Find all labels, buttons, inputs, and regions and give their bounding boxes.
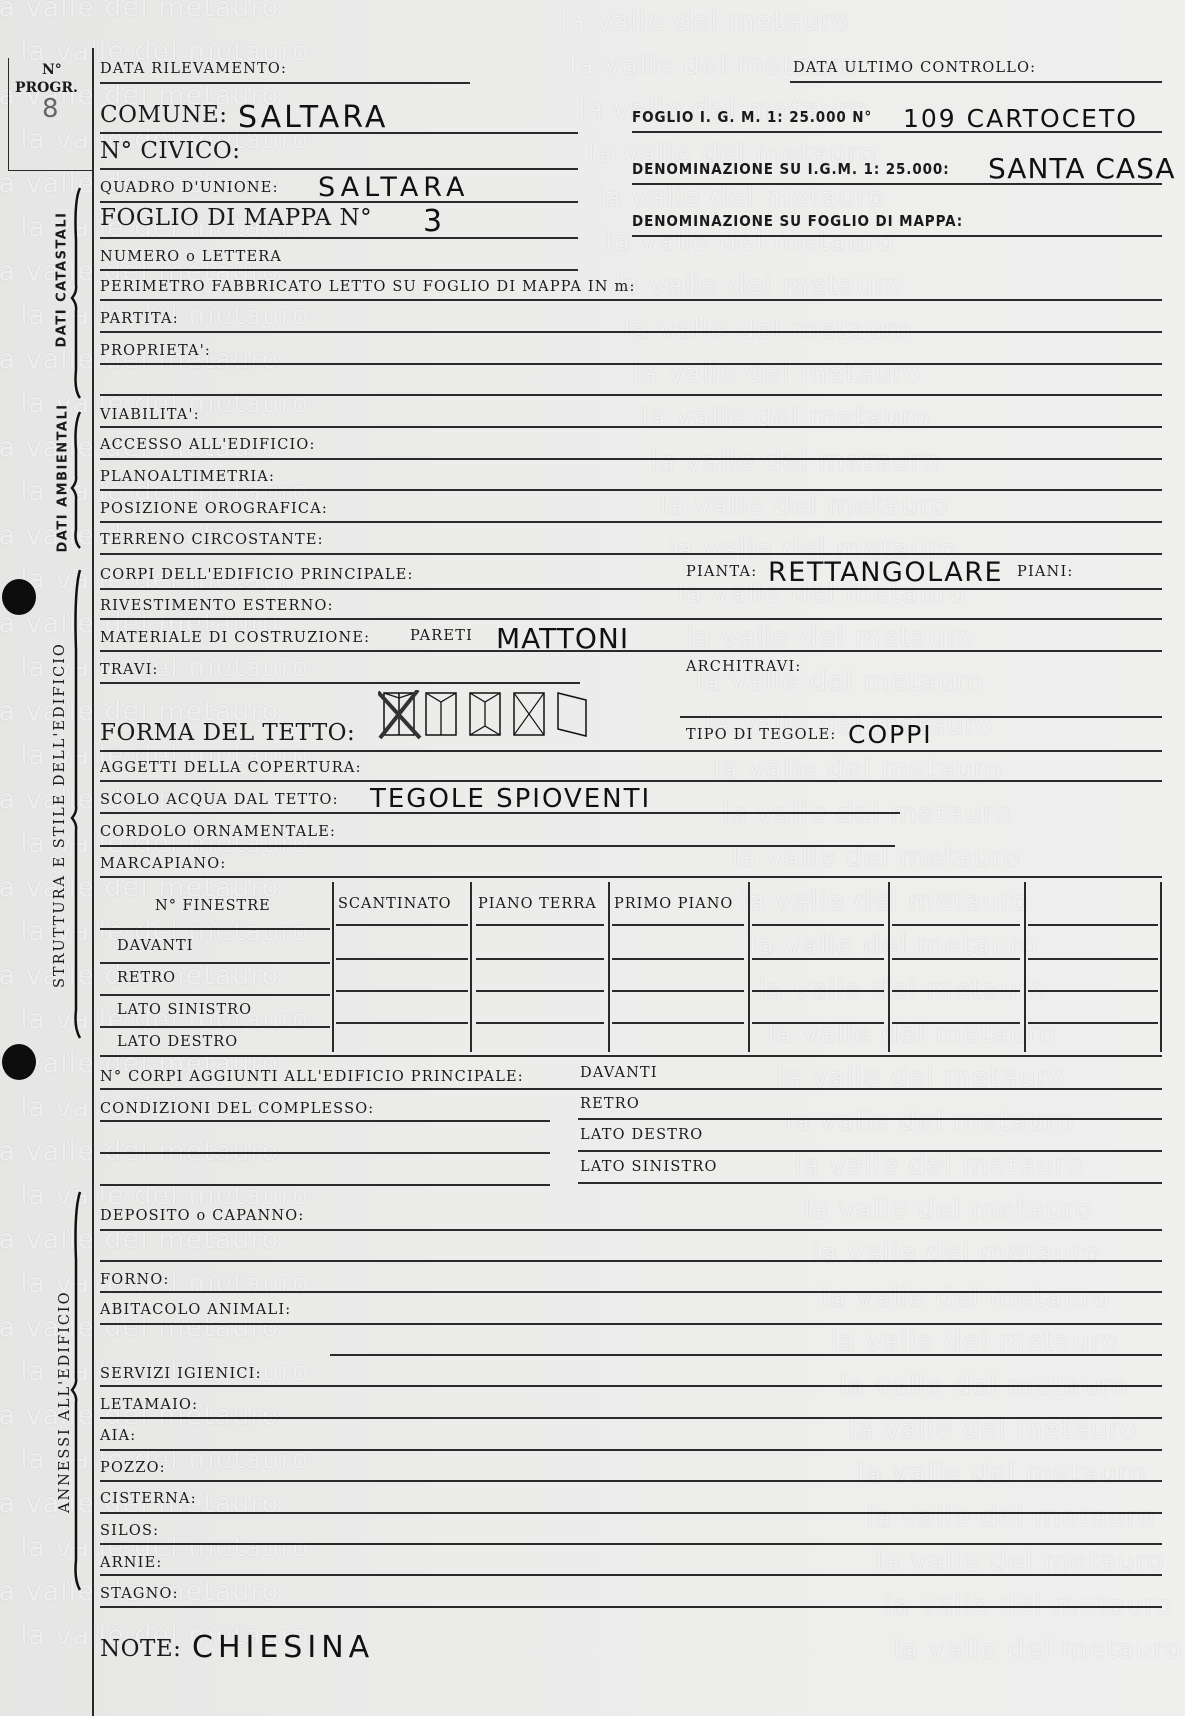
- civico-label: N° CIVICO:: [100, 138, 241, 164]
- cisterna-label: CISTERNA:: [100, 1491, 197, 1507]
- corpi-aggiunti-field[interactable]: [100, 1088, 1162, 1090]
- condizioni-field-2[interactable]: [100, 1152, 550, 1154]
- note-label: NOTE:: [100, 1636, 181, 1662]
- condizioni-field[interactable]: [100, 1120, 550, 1122]
- watermark: la valle del metauro: [893, 1634, 1182, 1665]
- watermark: la valle del metauro: [659, 490, 948, 521]
- perimetro-field[interactable]: [100, 299, 1162, 301]
- table-cell[interactable]: [612, 958, 744, 960]
- scolo-value[interactable]: TEGOLE SPIOVENTI: [370, 784, 651, 814]
- table-cell[interactable]: [1028, 1022, 1158, 1024]
- foglio-mappa-field: [100, 237, 578, 239]
- forma-tetto-field: [100, 750, 1162, 752]
- numero-lettera-label: NUMERO o LETTERA: [100, 249, 282, 265]
- table-row-label: LATO DESTRO: [117, 1034, 238, 1050]
- table-cell[interactable]: [892, 1022, 1020, 1024]
- section-label-catastali: DATI CATASTALI: [55, 228, 70, 348]
- denom-mappa-field[interactable]: [632, 235, 1162, 237]
- corpi-field[interactable]: [100, 588, 1162, 590]
- table-cell[interactable]: [612, 1022, 744, 1024]
- aggetti-label: AGGETTI DELLA COPERTURA:: [100, 760, 362, 776]
- data-ultimo-controllo-label: DATA ULTIMO CONTROLLO:: [793, 60, 1036, 76]
- table-cell[interactable]: [752, 1022, 884, 1024]
- section-label-annessi: ANNESSI ALL'EDIFICIO: [57, 1293, 73, 1513]
- posizione-label: POSIZIONE OROGRAFICA:: [100, 501, 328, 517]
- foglio-mappa-label: FOGLIO DI MAPPA N°: [100, 205, 372, 231]
- table-cell[interactable]: [612, 924, 744, 926]
- deposito-field-2[interactable]: [100, 1260, 1162, 1262]
- tipo-tegole-value[interactable]: COPPI: [848, 720, 933, 749]
- servizi-field[interactable]: [100, 1385, 1162, 1387]
- watermark: la valle del metauro: [650, 446, 939, 477]
- watermark: la valle del metauro: [605, 226, 894, 257]
- letamaio-field[interactable]: [100, 1417, 1162, 1419]
- forno-field[interactable]: [100, 1291, 1162, 1293]
- corpi-aggiunti-label: N° CORPI AGGIUNTI ALL'EDIFICIO PRINCIPAL…: [100, 1069, 524, 1085]
- progr-value[interactable]: 8: [42, 94, 59, 124]
- comune-value[interactable]: SALTARA: [238, 100, 388, 135]
- quadro-field: [100, 201, 578, 203]
- table-row-rule: [100, 928, 330, 930]
- materiale-field: [100, 650, 1162, 652]
- data-rilevamento-label: DATA RILEVAMENTO:: [100, 61, 287, 77]
- table-column-divider: [888, 882, 890, 1052]
- punch-hole-top: [2, 579, 36, 615]
- table-cell[interactable]: [476, 990, 604, 992]
- pozzo-field[interactable]: [100, 1480, 1162, 1482]
- quadro-label: QUADRO D'UNIONE:: [100, 180, 279, 196]
- proprieta-field[interactable]: [100, 363, 1162, 365]
- watermark: la valle del metauro: [848, 1414, 1137, 1445]
- table-cell[interactable]: [476, 924, 604, 926]
- deposito-field[interactable]: [100, 1229, 1162, 1231]
- table-cell[interactable]: [476, 958, 604, 960]
- watermark: la valle del metauro: [785, 1106, 1074, 1137]
- scolo-label: SCOLO ACQUA DAL TETTO:: [100, 792, 339, 808]
- planoaltimetria-field[interactable]: [100, 489, 1162, 491]
- roof-hip-both-icon[interactable]: [466, 690, 510, 740]
- watermark: la valle del metauro: [821, 1282, 1110, 1313]
- table-cell[interactable]: [336, 958, 468, 960]
- section-label-struttura: STRUTTURA E STILE DELL'EDIFICIO: [52, 668, 68, 988]
- progr-label-n: N°: [42, 62, 62, 78]
- table-column-header: PRIMO PIANO: [614, 896, 733, 912]
- corpi-lato-sinistro-label: LATO SINISTRO: [580, 1159, 718, 1175]
- corpi-retro-field[interactable]: [578, 1118, 1162, 1120]
- numero-lettera-field[interactable]: [100, 269, 578, 271]
- watermark: la valle del metauro: [812, 1238, 1101, 1269]
- pozzo-label: POZZO:: [100, 1460, 166, 1476]
- note-value[interactable]: CHIESINA: [192, 1630, 374, 1665]
- condizioni-label: CONDIZIONI DEL COMPLESSO:: [100, 1101, 374, 1117]
- table-row-label: RETRO: [117, 970, 176, 986]
- forma-tetto-label: FORMA DEL TETTO:: [100, 720, 355, 746]
- watermark: la valle del metauro: [731, 842, 1020, 873]
- quadro-value[interactable]: SALTARA: [318, 172, 469, 203]
- table-column-header: PIANO TERRA: [478, 896, 597, 912]
- roof-pavilion-icon[interactable]: [510, 690, 554, 740]
- cordolo-field[interactable]: [100, 845, 895, 847]
- perimetro-label: PERIMETRO FABBRICATO LETTO SU FOGLIO DI …: [100, 279, 636, 295]
- rivestimento-label: RIVESTIMENTO ESTERNO:: [100, 598, 334, 614]
- margin-rule: [92, 48, 94, 1716]
- table-cell[interactable]: [752, 924, 884, 926]
- roof-hip-top-icon[interactable]: [422, 690, 466, 740]
- foglio-igm-value[interactable]: 109 CARTOCETO: [903, 104, 1138, 133]
- corpi-lato-sinistro-field[interactable]: [578, 1182, 1162, 1184]
- watermark: la valle del metauro: [596, 182, 885, 213]
- abitacolo-field[interactable]: [100, 1323, 1162, 1325]
- table-cell[interactable]: [336, 990, 468, 992]
- arnie-label: ARNIE:: [100, 1555, 162, 1571]
- table-cell[interactable]: [336, 924, 468, 926]
- tipo-tegole-label: TIPO DI TEGOLE:: [686, 727, 836, 743]
- scolo-field: [100, 812, 900, 814]
- forno-label: FORNO:: [100, 1272, 170, 1288]
- civico-field[interactable]: [100, 168, 578, 170]
- watermark: la valle del metauro: [560, 6, 849, 37]
- cordolo-label: CORDOLO ORNAMENTALE:: [100, 824, 336, 840]
- table-row-label: LATO SINISTRO: [117, 1002, 252, 1018]
- travi-label: TRAVI:: [100, 662, 159, 678]
- pianta-label: PIANTA:: [686, 564, 757, 580]
- accesso-label: ACCESSO ALL'EDIFICIO:: [100, 437, 316, 453]
- table-column-divider: [1160, 882, 1162, 1052]
- table-column-header: SCANTINATO: [338, 896, 452, 912]
- table-cell[interactable]: [752, 958, 884, 960]
- watermark: la valle del metauro: [830, 1326, 1119, 1357]
- architravi-field[interactable]: [680, 716, 1162, 718]
- viabilita-field[interactable]: [100, 426, 1162, 428]
- watermark: la valle del metauro: [641, 402, 930, 433]
- punch-hole-bottom: [2, 1044, 36, 1080]
- rivestimento-field[interactable]: [100, 618, 1162, 620]
- materiale-label: MATERIALE DI COSTRUZIONE:: [100, 630, 370, 646]
- viabilita-label: VIABILITA':: [100, 407, 200, 423]
- servizi-label: SERVIZI IGIENICI:: [100, 1366, 262, 1382]
- watermark: la valle del metauro: [0, 0, 279, 23]
- aia-label: AIA:: [100, 1428, 136, 1444]
- table-column-divider: [608, 882, 610, 1052]
- partita-field[interactable]: [100, 331, 1162, 333]
- table-column-divider: [332, 882, 334, 1052]
- denom-igm-label: DENOMINAZIONE SU I.G.M. 1: 25.000:: [632, 160, 950, 178]
- abitacolo-field-2[interactable]: [330, 1354, 1162, 1356]
- partita-label: PARTITA:: [100, 311, 179, 327]
- finestre-header: N° FINESTRE: [155, 898, 271, 914]
- corpi-label: CORPI DELL'EDIFICIO PRINCIPALE:: [100, 567, 414, 583]
- arnie-field[interactable]: [100, 1574, 1162, 1576]
- piani-label: PIANI:: [1017, 564, 1073, 580]
- travi-field[interactable]: [100, 682, 580, 684]
- aia-field[interactable]: [100, 1449, 1162, 1451]
- table-cell[interactable]: [1028, 990, 1158, 992]
- watermark: la valle del metauro: [623, 314, 912, 345]
- proprieta-label: PROPRIETA':: [100, 343, 211, 359]
- comune-field: [100, 132, 578, 134]
- roof-shed-icon[interactable]: [554, 690, 598, 740]
- data-ultimo-controllo-field[interactable]: [790, 81, 1162, 83]
- corpi-retro-label: RETRO: [580, 1096, 640, 1112]
- letamaio-label: LETAMAIO:: [100, 1397, 198, 1413]
- watermark: la valle del metauro: [686, 622, 975, 653]
- planoaltimetria-label: PLANOALTIMETRIA:: [100, 469, 275, 485]
- table-cell[interactable]: [336, 1022, 468, 1024]
- pianta-value[interactable]: RETTANGOLARE: [768, 557, 1003, 588]
- corpi-lato-destro-field[interactable]: [578, 1150, 1162, 1152]
- stagno-label: STAGNO:: [100, 1586, 179, 1602]
- condizioni-field-3[interactable]: [100, 1184, 550, 1186]
- accesso-field[interactable]: [100, 458, 1162, 460]
- proprieta-field-2[interactable]: [100, 394, 1162, 396]
- table-cell[interactable]: [892, 958, 1020, 960]
- table-row-rule: [100, 1026, 330, 1028]
- data-rilevamento-field[interactable]: [100, 82, 470, 84]
- table-bottom-rule: [100, 1055, 1162, 1057]
- comune-label: COMUNE:: [100, 102, 228, 128]
- table-cell[interactable]: [1028, 958, 1158, 960]
- terreno-label: TERRENO CIRCOSTANTE:: [100, 532, 324, 548]
- abitacolo-label: ABITACOLO ANIMALI:: [100, 1302, 291, 1318]
- table-row-label: DAVANTI: [117, 938, 193, 954]
- watermark: la valle del metauro: [866, 1502, 1155, 1533]
- corpi-lato-destro-label: LATO DESTRO: [580, 1127, 703, 1143]
- roof-gable-folded-icon[interactable]: [378, 690, 422, 740]
- watermark: la valle del metauro: [20, 1532, 309, 1563]
- stagno-field[interactable]: [100, 1606, 1162, 1608]
- foglio-mappa-value[interactable]: 3: [423, 204, 445, 239]
- table-row-rule: [100, 962, 330, 964]
- table-cell[interactable]: [612, 990, 744, 992]
- finestre-table: N° FINESTRESCANTINATOPIANO TERRAPRIMO PI…: [100, 876, 1162, 1056]
- roof-options: [378, 690, 608, 740]
- silos-field[interactable]: [100, 1543, 1162, 1545]
- silos-label: SILOS:: [100, 1523, 159, 1539]
- table-cell[interactable]: [892, 924, 1020, 926]
- table-cell[interactable]: [752, 990, 884, 992]
- corpi-davanti-label: DAVANTI: [580, 1065, 658, 1081]
- table-cell[interactable]: [892, 990, 1020, 992]
- posizione-field[interactable]: [100, 521, 1162, 523]
- denom-igm-value[interactable]: SANTA CASA: [988, 152, 1176, 185]
- watermark: la valle del metauro: [794, 1150, 1083, 1181]
- cisterna-field[interactable]: [100, 1512, 1162, 1514]
- watermark: la valle del metauro: [857, 1458, 1146, 1489]
- table-cell[interactable]: [476, 1022, 604, 1024]
- form-page: la valle del metaurola valle del metauro…: [0, 0, 1185, 1716]
- watermark: la valle del metauro: [803, 1194, 1092, 1225]
- denom-igm-field: [632, 183, 1162, 185]
- denom-mappa-label: DENOMINAZIONE SU FOGLIO DI MAPPA:: [632, 212, 963, 230]
- foglio-igm-label: FOGLIO I. G. M. 1: 25.000 N°: [632, 108, 872, 126]
- watermark: la valle del metauro: [722, 798, 1011, 829]
- aggetti-field[interactable]: [100, 780, 1162, 782]
- terreno-field[interactable]: [100, 553, 1162, 555]
- deposito-label: DEPOSITO o CAPANNO:: [100, 1208, 304, 1224]
- watermark: la valle del metauro: [614, 270, 903, 301]
- foglio-igm-field: [632, 131, 1162, 133]
- table-cell[interactable]: [1028, 924, 1158, 926]
- table-row-rule: [100, 994, 330, 996]
- marcapiano-label: MARCAPIANO:: [100, 856, 226, 872]
- architravi-label: ARCHITRAVI:: [686, 659, 801, 675]
- watermark: la valle del metauro: [875, 1546, 1164, 1577]
- pareti-label: PARETI: [410, 628, 473, 644]
- table-column-divider: [1024, 882, 1026, 1052]
- table-column-divider: [748, 882, 750, 1052]
- section-label-ambientali: DATI AMBIENTALI: [56, 413, 71, 553]
- table-column-divider: [470, 882, 472, 1052]
